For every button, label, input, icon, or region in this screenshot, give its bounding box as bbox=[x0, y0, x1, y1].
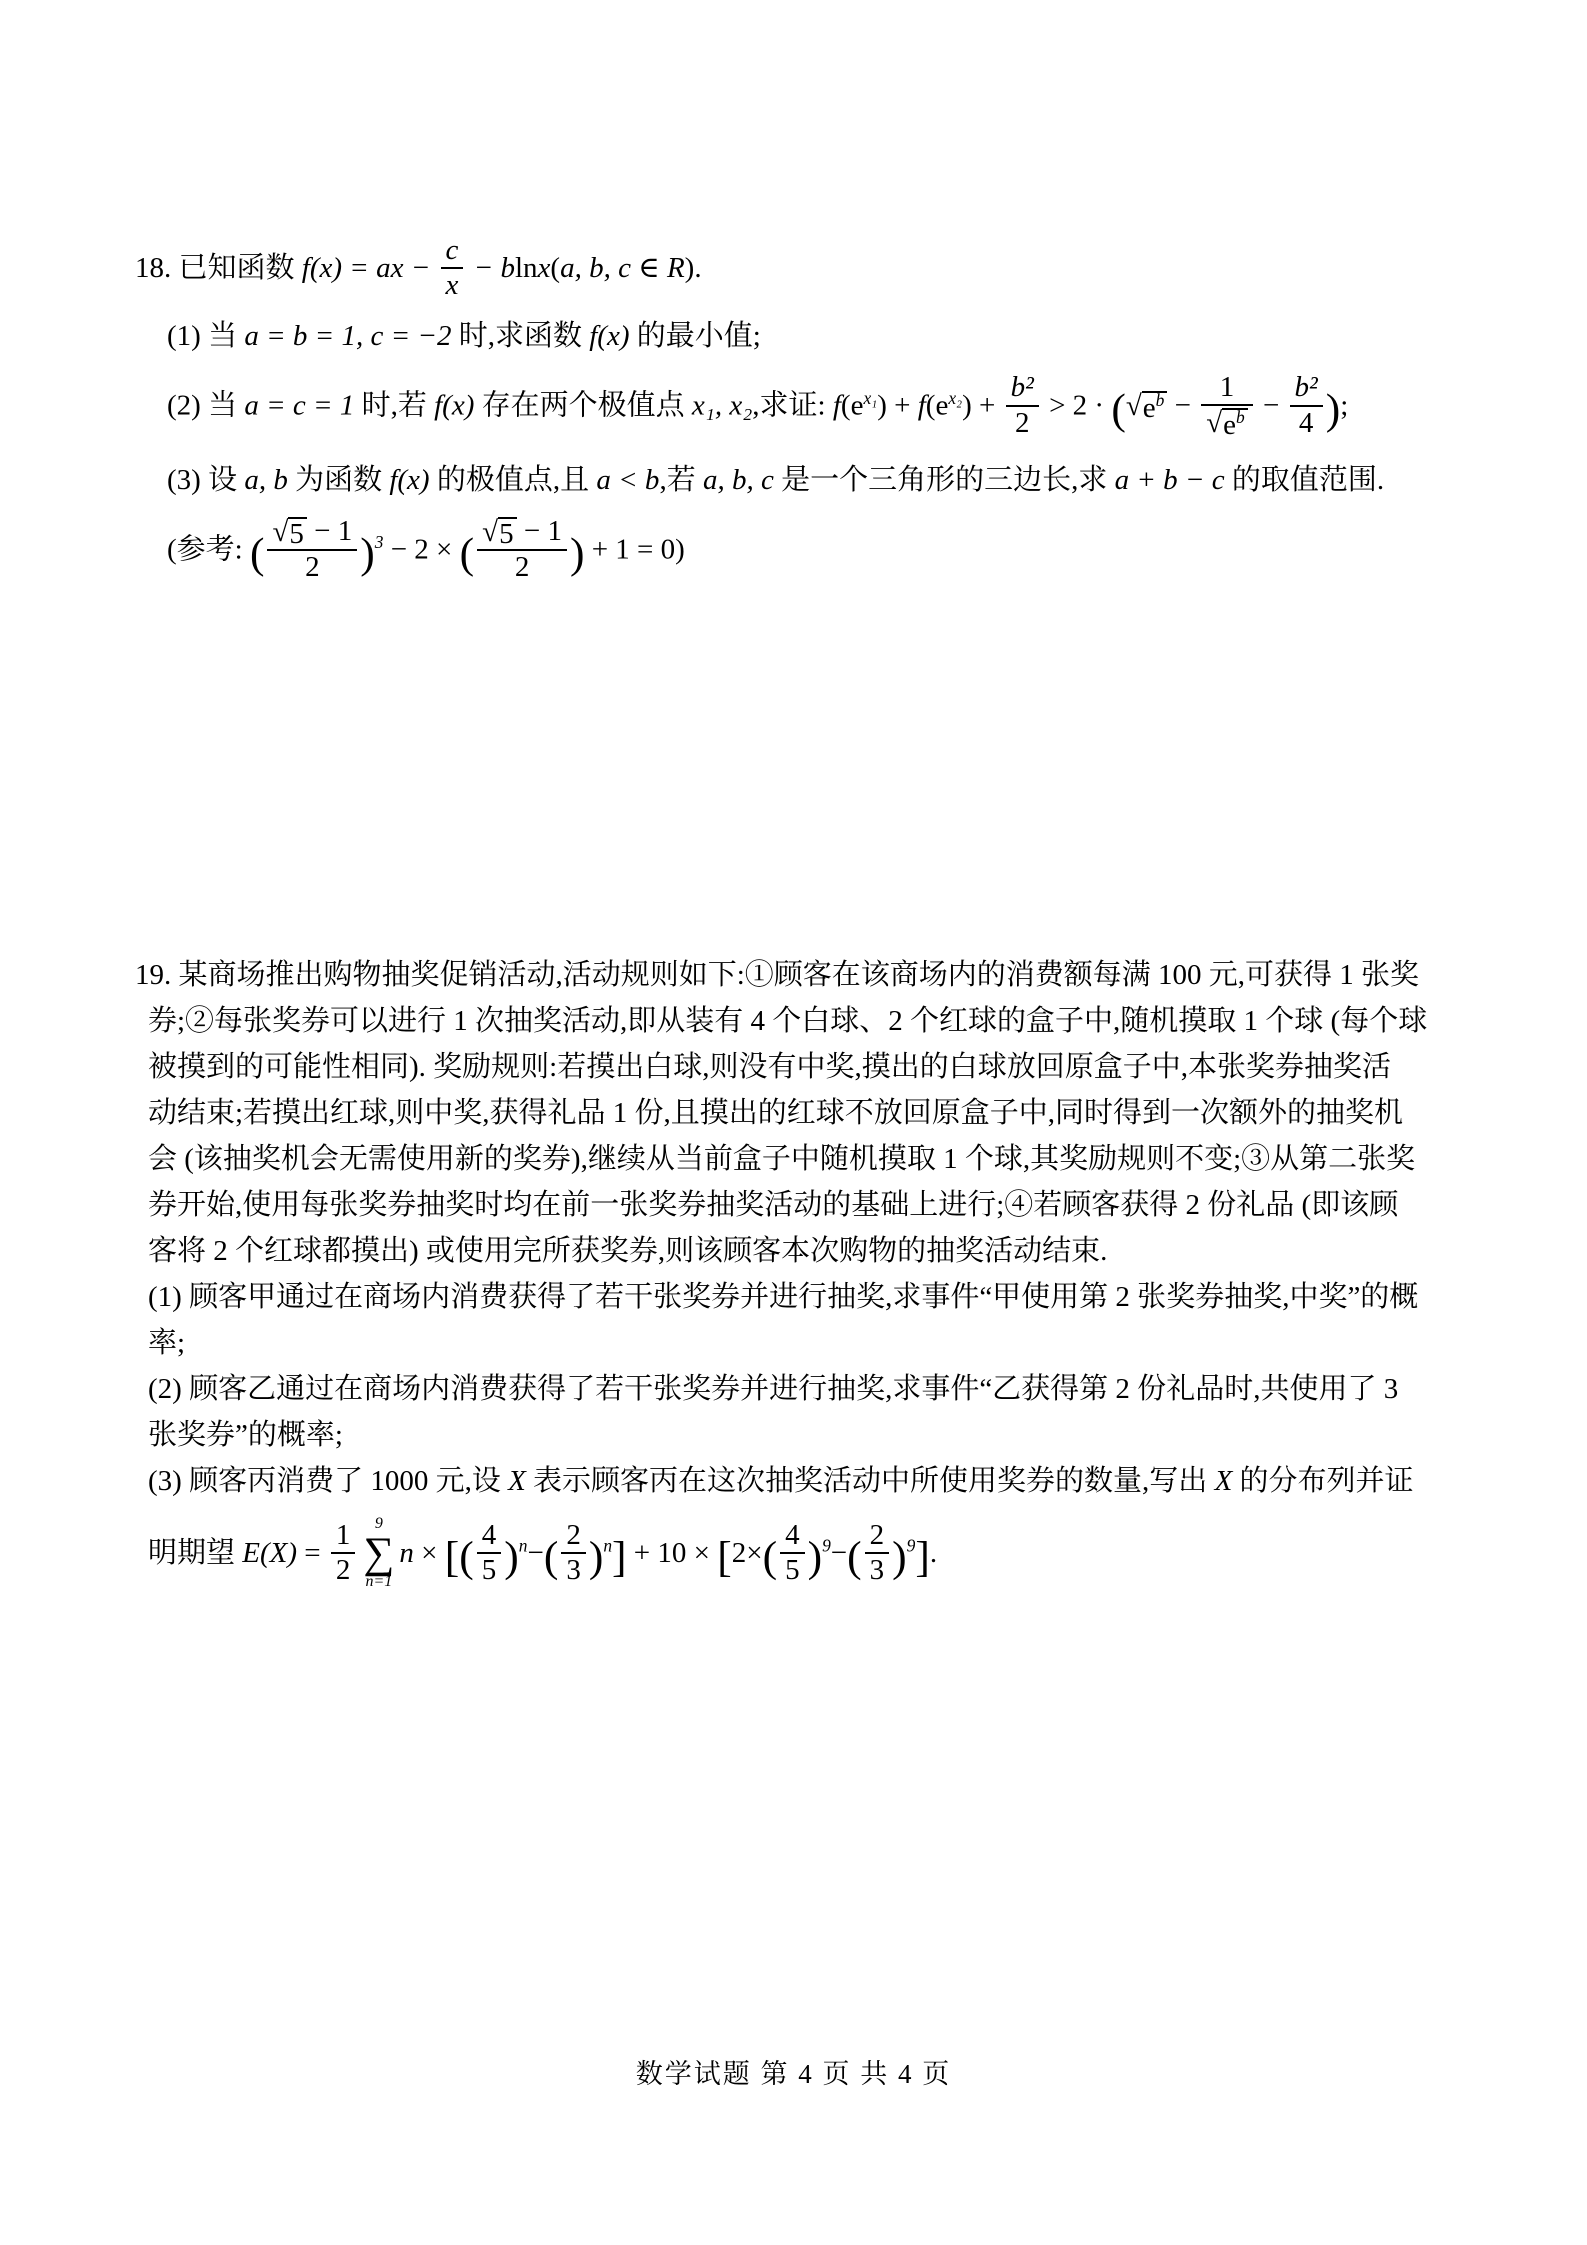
fraction: 45 bbox=[477, 1519, 502, 1588]
math-variable: x₁, x₂ bbox=[692, 389, 752, 421]
page-footer: 数学试题 第 4 页 共 4 页 bbox=[0, 2052, 1587, 2091]
fraction: 1√eb bbox=[1201, 371, 1253, 441]
fraction: 45 bbox=[780, 1519, 805, 1588]
text-line: (3) 顾客丙消费了 1000 元,设 X 表示顾客丙在这次抽奖活动中所使用奖券… bbox=[148, 1458, 1535, 1504]
math-text: 5 bbox=[499, 518, 514, 550]
math-text: 张奖券”的概率; bbox=[148, 1419, 343, 1451]
math-text: ln bbox=[515, 252, 538, 284]
math-text: 为函数 bbox=[288, 464, 390, 496]
math-text: ; bbox=[1340, 389, 1348, 421]
big-delimiter: ) bbox=[570, 529, 585, 577]
math-variable: f(x) = ax − bbox=[302, 252, 438, 284]
math-variable: b² bbox=[1295, 371, 1318, 403]
math-variable: c bbox=[446, 234, 459, 266]
text-line: 会 (该抽奖机会无需使用新的奖券),继续从当前盒子中随机摸取 1 个球,其奖励规… bbox=[148, 1136, 1535, 1182]
math-text: ) + bbox=[877, 389, 918, 421]
superscript: b bbox=[1156, 391, 1165, 411]
math-text: ( bbox=[550, 252, 560, 284]
math-text: − 1 bbox=[307, 515, 352, 547]
math-text: 1 bbox=[336, 1519, 351, 1551]
math-text: 的最小值; bbox=[630, 320, 761, 352]
text-line: 券开始,使用每张奖券抽奖时均在前一张奖券抽奖活动的基础上进行;④若顾客获得 2 … bbox=[148, 1182, 1535, 1228]
math-text: × bbox=[414, 1537, 445, 1569]
math-variable: a, b, c bbox=[560, 252, 631, 284]
fraction: b²4 bbox=[1290, 371, 1323, 440]
math-variable: a, b bbox=[244, 464, 288, 496]
big-delimiter: ( bbox=[544, 1533, 559, 1581]
math-text: − bbox=[1167, 389, 1198, 421]
fraction: 23 bbox=[561, 1519, 586, 1588]
big-delimiter: ( bbox=[459, 1533, 474, 1581]
exam-page: 18. 已知函数 f(x) = ax − cx − blnx(a, b, c ∈… bbox=[0, 0, 1587, 2245]
radical: √5 bbox=[482, 517, 516, 549]
big-delimiter: ( bbox=[250, 529, 265, 577]
math-text: e bbox=[1223, 409, 1236, 441]
math-variable: R bbox=[667, 252, 685, 284]
math-text: 18. 已知函数 bbox=[135, 252, 302, 284]
big-delimiter: ) bbox=[589, 1533, 604, 1581]
text-line: (1) 当 a = b = 1, c = −2 时,求函数 f(x) 的最小值; bbox=[167, 313, 1535, 359]
math-text: . bbox=[930, 1537, 937, 1569]
math-text: 2 bbox=[1015, 407, 1030, 439]
math-text: ). bbox=[685, 252, 702, 284]
math-variable: − b bbox=[466, 252, 515, 284]
fraction: √5 − 12 bbox=[477, 515, 567, 585]
text-line: 率; bbox=[148, 1320, 1535, 1366]
math-text: + 10 × bbox=[627, 1537, 718, 1569]
math-text: (3) 顾客丙消费了 1000 元,设 bbox=[148, 1465, 508, 1497]
math-text: 19. 某商场推出购物抽奖促销活动,活动规则如下:①顾客在该商场内的消费额每满 … bbox=[135, 959, 1419, 991]
fraction: cx bbox=[441, 234, 464, 303]
math-text: ) + bbox=[962, 389, 1003, 421]
math-variable: x bbox=[538, 252, 551, 284]
math-text: − 2 × bbox=[383, 533, 459, 565]
math-text: 表示顾客丙在这次抽奖活动中所使用奖券的数量,写出 bbox=[526, 1465, 1215, 1497]
fraction: 12 bbox=[331, 1519, 356, 1588]
math-variable: a, b, c bbox=[703, 464, 774, 496]
math-text: ∈ bbox=[631, 252, 667, 284]
math-text: 存在两个极值点 bbox=[474, 389, 692, 421]
math-variable: f(x) bbox=[434, 389, 474, 421]
problem-18: 18. 已知函数 f(x) = ax − cx − blnx(a, b, c ∈… bbox=[135, 228, 1535, 601]
big-delimiter: [ bbox=[717, 1533, 732, 1581]
math-variable: a = b = 1, c = −2 bbox=[244, 320, 451, 352]
radical: √5 bbox=[272, 517, 306, 549]
math-text: (参考: bbox=[167, 533, 250, 565]
math-text: 时,求函数 bbox=[451, 320, 589, 352]
math-text: 券;②每张奖券可以进行 1 次抽奖活动,即从装有 4 个白球、2 个红球的盒子中… bbox=[148, 1005, 1427, 1037]
text-line: 动结束;若摸出红球,则中奖,获得礼品 1 份,且摸出的红球不放回原盒子中,同时得… bbox=[148, 1090, 1535, 1136]
big-delimiter: ) bbox=[360, 529, 375, 577]
text-line: 19. 某商场推出购物抽奖促销活动,活动规则如下:①顾客在该商场内的消费额每满 … bbox=[135, 952, 1535, 998]
math-text: (e bbox=[841, 389, 864, 421]
big-delimiter: ) bbox=[892, 1533, 907, 1581]
math-text: (1) 当 bbox=[167, 320, 244, 352]
big-delimiter: ( bbox=[460, 529, 475, 577]
math-text: 券开始,使用每张奖券抽奖时均在前一张奖券抽奖活动的基础上进行;④若顾客获得 2 … bbox=[148, 1189, 1398, 1221]
math-text: e bbox=[1143, 392, 1156, 424]
math-variable: x bbox=[446, 269, 459, 301]
big-delimiter: ] bbox=[612, 1533, 627, 1581]
math-text: ,若 bbox=[659, 464, 703, 496]
math-text: 4 bbox=[1299, 407, 1314, 439]
radical: √eb bbox=[1206, 408, 1248, 440]
math-text: − 1 bbox=[517, 515, 562, 547]
math-text: 的极值点,且 bbox=[430, 464, 597, 496]
text-line: 客将 2 个红球都摸出) 或使用完所获奖券,则该顾客本次购物的抽奖活动结束. bbox=[148, 1228, 1535, 1274]
big-delimiter: [ bbox=[445, 1533, 460, 1581]
math-variable: a < b bbox=[596, 464, 659, 496]
math-text: 2 bbox=[566, 1519, 581, 1551]
superscript: 9 bbox=[822, 1535, 831, 1555]
math-variable: f(x) bbox=[389, 464, 429, 496]
text-line: 张奖券”的概率; bbox=[148, 1412, 1535, 1458]
math-text: = bbox=[297, 1537, 328, 1569]
math-text: (e bbox=[926, 389, 949, 421]
fraction: 23 bbox=[865, 1519, 890, 1588]
big-delimiter: ] bbox=[915, 1533, 930, 1581]
big-delimiter: ) bbox=[504, 1533, 519, 1581]
math-text: 1 bbox=[1220, 371, 1235, 403]
math-text: 2 bbox=[870, 1519, 885, 1551]
problem-19: 19. 某商场推出购物抽奖促销活动,活动规则如下:①顾客在该商场内的消费额每满 … bbox=[135, 952, 1535, 1607]
math-text: 2× bbox=[732, 1537, 763, 1569]
math-variable: f bbox=[918, 389, 926, 421]
math-text: (2) 当 bbox=[167, 389, 244, 421]
math-text: ,求证: bbox=[752, 389, 833, 421]
math-text: − bbox=[831, 1537, 847, 1569]
math-text: 2 bbox=[336, 1554, 351, 1586]
math-variable: f bbox=[833, 389, 841, 421]
math-text: 率; bbox=[148, 1327, 185, 1359]
formula-line: 明期望 E(X) = 129∑n=1n × [(45)n−(23)n] + 10… bbox=[148, 1504, 1535, 1607]
math-text: 3 bbox=[566, 1554, 581, 1586]
math-text: + 1 = 0) bbox=[584, 533, 684, 565]
math-text: > 2 · bbox=[1042, 389, 1112, 421]
math-text: 客将 2 个红球都摸出) 或使用完所获奖券,则该顾客本次购物的抽奖活动结束. bbox=[148, 1235, 1107, 1267]
math-text: 会 (该抽奖机会无需使用新的奖券),继续从当前盒子中随机摸取 1 个球,其奖励规… bbox=[148, 1143, 1415, 1175]
math-variable: a + b − c bbox=[1115, 464, 1225, 496]
math-text: 时,若 bbox=[354, 389, 434, 421]
text-line: (3) 设 a, b 为函数 f(x) 的极值点,且 a < b,若 a, b,… bbox=[167, 457, 1535, 503]
text-line: (1) 顾客甲通过在商场内消费获得了若干张奖券并进行抽奖,求事件“甲使用第 2 … bbox=[148, 1274, 1535, 1320]
big-delimiter: ) bbox=[1326, 385, 1341, 433]
math-text: 动结束;若摸出红球,则中奖,获得礼品 1 份,且摸出的红球不放回原盒子中,同时得… bbox=[148, 1097, 1403, 1129]
formula-line: (2) 当 a = c = 1 时,若 f(x) 存在两个极值点 x₁, x₂,… bbox=[167, 359, 1535, 457]
math-text: 是一个三角形的三边长,求 bbox=[774, 464, 1115, 496]
math-variable: f(x) bbox=[589, 320, 629, 352]
math-text: 4 bbox=[785, 1519, 800, 1551]
math-text: 5 bbox=[785, 1554, 800, 1586]
math-text: 4 bbox=[482, 1519, 497, 1551]
superscript: x₁ bbox=[863, 388, 877, 408]
big-delimiter: ( bbox=[763, 1533, 778, 1581]
big-delimiter: ) bbox=[808, 1533, 823, 1581]
math-text: (3) 设 bbox=[167, 464, 244, 496]
summation: 9∑n=1 bbox=[363, 1516, 394, 1591]
formula-line: 18. 已知函数 f(x) = ax − cx − blnx(a, b, c ∈… bbox=[135, 228, 1535, 313]
math-text: 3 bbox=[870, 1554, 885, 1586]
math-text: (2) 顾客乙通过在商场内消费获得了若干张奖券并进行抽奖,求事件“乙获得第 2 … bbox=[148, 1373, 1398, 1405]
fraction: √5 − 12 bbox=[267, 515, 357, 585]
math-text: 2 bbox=[515, 551, 530, 583]
math-text: 明期望 bbox=[148, 1537, 242, 1569]
math-variable: E(X) bbox=[242, 1537, 297, 1569]
superscript: n bbox=[603, 1535, 612, 1555]
fraction: b²2 bbox=[1006, 371, 1039, 440]
superscript: x₂ bbox=[948, 388, 962, 408]
math-text: (1) 顾客甲通过在商场内消费获得了若干张奖券并进行抽奖,求事件“甲使用第 2 … bbox=[148, 1281, 1418, 1313]
math-variable: b² bbox=[1011, 371, 1034, 403]
text-line: 券;②每张奖券可以进行 1 次抽奖活动,即从装有 4 个白球、2 个红球的盒子中… bbox=[148, 998, 1535, 1044]
math-text: − bbox=[1256, 389, 1287, 421]
math-text: 2 bbox=[305, 551, 320, 583]
big-delimiter: ( bbox=[1111, 385, 1126, 433]
big-delimiter: ( bbox=[847, 1533, 862, 1581]
superscript: b bbox=[1236, 407, 1245, 427]
math-variable: a = c = 1 bbox=[244, 389, 354, 421]
radical: √eb bbox=[1126, 391, 1168, 423]
formula-line: (参考: (√5 − 12)3 − 2 × (√5 − 12) + 1 = 0) bbox=[167, 503, 1535, 601]
text-line: 被摸到的可能性相同). 奖励规则:若摸出白球,则没有中奖,摸出的白球放回原盒子中… bbox=[148, 1044, 1535, 1090]
math-text: 被摸到的可能性相同). 奖励规则:若摸出白球,则没有中奖,摸出的白球放回原盒子中… bbox=[148, 1051, 1391, 1083]
text-line: (2) 顾客乙通过在商场内消费获得了若干张奖券并进行抽奖,求事件“乙获得第 2 … bbox=[148, 1366, 1535, 1412]
math-text: 的分布列并证 bbox=[1232, 1465, 1413, 1497]
math-variable: n bbox=[399, 1537, 414, 1569]
math-variable: X bbox=[508, 1465, 526, 1497]
math-text: 的取值范围. bbox=[1225, 464, 1385, 496]
math-text: − bbox=[527, 1537, 543, 1569]
math-variable: X bbox=[1215, 1465, 1233, 1497]
math-text: 5 bbox=[482, 1554, 497, 1586]
math-text: 5 bbox=[289, 518, 304, 550]
